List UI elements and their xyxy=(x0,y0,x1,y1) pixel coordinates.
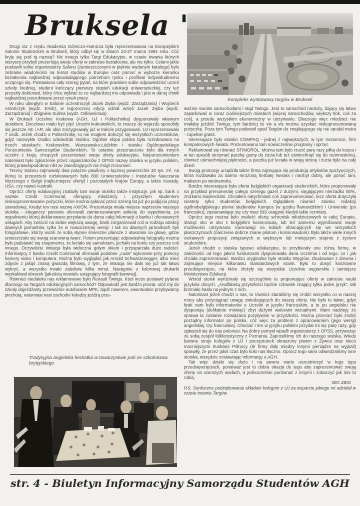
paragraph: Drugi raz z rzędu Akademia Górniczo-Hutn… xyxy=(5,44,179,101)
paragraph: Wśród stoisk wyróżniały się szczególnie … xyxy=(184,277,356,293)
newsletter-page: Bruksela '94 xyxy=(0,0,360,506)
scan-edge-bar xyxy=(0,0,360,4)
footer-page-line: str. 4 - Biuletyn Informacyjny Samorządu… xyxy=(0,478,360,490)
article-column-left: Drugi raz z rzędu Akademia Górniczo-Hutn… xyxy=(5,44,179,354)
footer-divider xyxy=(10,474,350,475)
paragraph: Tak więc działo się dużo i na pewno wart… xyxy=(184,359,356,380)
paragraph: Bardzo interesująca była oferta belgijsk… xyxy=(184,184,356,215)
paragraph: Swoją promocję urządziła także firma zaj… xyxy=(184,168,356,184)
paragraph: Również niedaleko nas reklamowane było R… xyxy=(5,277,179,298)
aerial-photo-illustration xyxy=(187,13,353,95)
paragraph: Interesujące było stoisko COMPAQ - jedne… xyxy=(184,137,356,147)
paragraph: Oprócz tego można było znaleźć ofertę sc… xyxy=(184,215,356,246)
tea-photo-caption: Tradycyjna angielska herbatka w towarzys… xyxy=(18,355,178,373)
tea-photo-illustration xyxy=(14,377,177,467)
article-column-right: ważnie swoimi samochodami i stąd Twingo.… xyxy=(184,106,356,470)
paragraph: W Brukseli Uczelnie Krakowa (AGH, UJ i P… xyxy=(5,116,179,168)
paragraph: Jeżeli chodzi o stoiska typowo edukacyjn… xyxy=(184,246,356,277)
tea-party-photo xyxy=(14,377,177,467)
paragraph: Oprócz oferty edukacyjnej znalazły tam s… xyxy=(5,189,179,277)
paragraph: W roku ubiegłym w Salonie uczestniczyli … xyxy=(5,101,179,117)
paragraph: Reklamował się również STIMOROL. Można t… xyxy=(184,147,356,168)
paragraph: Natomiast jeżeli chodzi o nas, to równie… xyxy=(184,292,356,359)
paragraph: ważnie swoimi samochodami i stąd Twingo.… xyxy=(184,106,356,137)
postscript-note: P.S. Serdeczne podziękowania składam kol… xyxy=(184,385,356,395)
brussels-expo-aerial-photo xyxy=(187,13,353,95)
paragraph: Tereny Salonu zajmowały dwa potężne pawi… xyxy=(5,168,179,189)
